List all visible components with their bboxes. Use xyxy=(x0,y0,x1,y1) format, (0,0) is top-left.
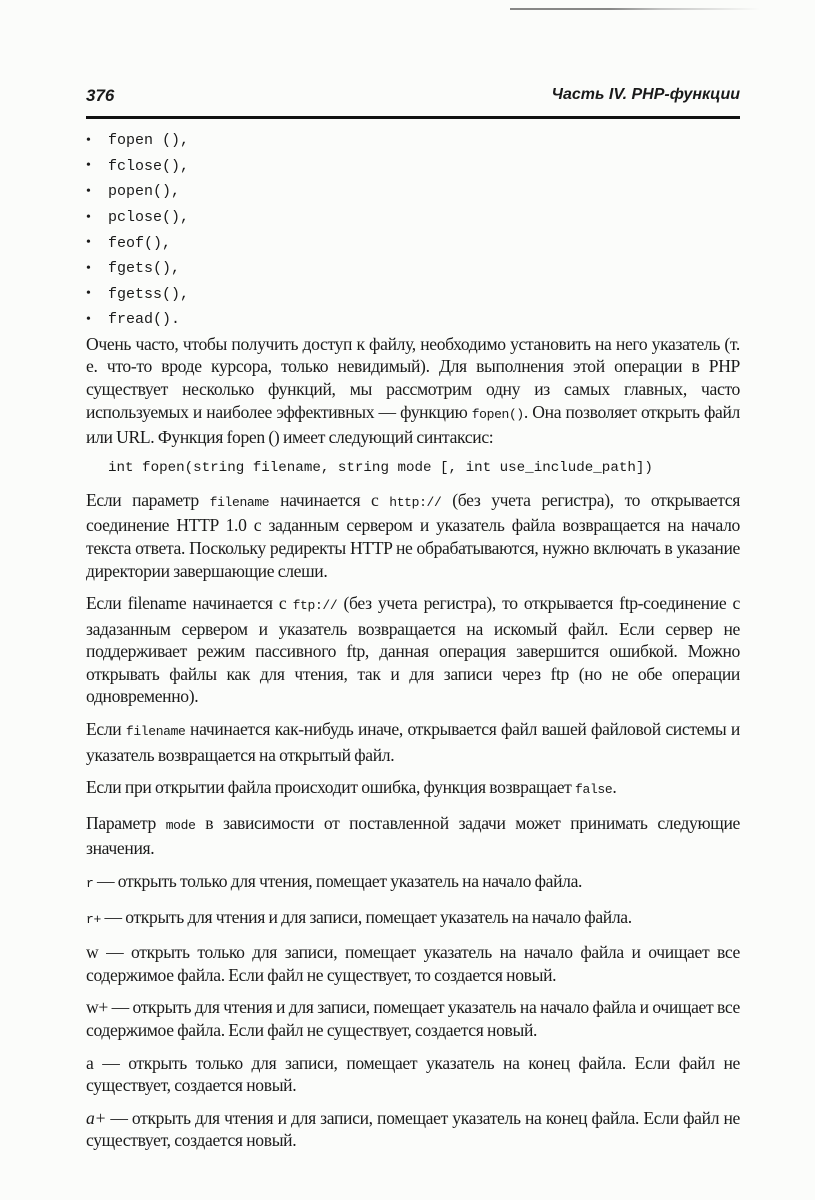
bullet-icon: • xyxy=(86,235,108,251)
function-list: •fopen (), •fclose(), •popen(), •pclose(… xyxy=(86,128,740,333)
mode-key: a+ xyxy=(86,1108,106,1128)
mode-r: r — открыть только для чтения, помещает … xyxy=(86,870,740,896)
error-paragraph: Если при открытии файла происходит ошибк… xyxy=(86,776,740,802)
list-item: •fclose(), xyxy=(86,154,740,180)
mode-a-plus: a+ — открыть для чтения и для записи, по… xyxy=(86,1107,740,1152)
list-item: •fopen (), xyxy=(86,128,740,154)
scan-artifact-line xyxy=(510,8,760,10)
other-paragraph: Если filename начинается как-нибудь инач… xyxy=(86,718,740,766)
mode-paragraph: Параметр mode в зависимости от поставлен… xyxy=(86,812,740,860)
list-item: •fgetss(), xyxy=(86,282,740,308)
list-item: •feof(), xyxy=(86,230,740,256)
bullet-icon: • xyxy=(86,133,108,149)
bullet-icon: • xyxy=(86,261,108,277)
page-body: •fopen (), •fclose(), •popen(), •pclose(… xyxy=(86,128,740,1162)
http-paragraph: Если параметр filename начинается с http… xyxy=(86,489,740,582)
mode-key: r+ xyxy=(86,912,101,927)
mode-w-plus: w+ — открыть для чтения и для записи, по… xyxy=(86,996,740,1041)
syntax-code: int fopen(string filename, string mode [… xyxy=(108,460,740,476)
mode-a: a — открыть только для записи, помещает … xyxy=(86,1052,740,1097)
mode-r-plus: r+ — открыть для чтения и для записи, по… xyxy=(86,906,740,932)
mode-w: w — открыть только для записи, помещает … xyxy=(86,941,740,986)
inline-code: fopen() xyxy=(472,407,524,422)
part-title: Часть IV. PHP-функции xyxy=(552,86,740,104)
bullet-icon: • xyxy=(86,210,108,226)
mode-key: w+ xyxy=(86,997,108,1017)
list-item: •fgets(), xyxy=(86,256,740,282)
ftp-paragraph: Если filename начинается с ftp:// (без у… xyxy=(86,592,740,708)
list-item: •popen(), xyxy=(86,179,740,205)
bullet-icon: • xyxy=(86,312,108,328)
intro-paragraph: Очень часто, чтобы получить доступ к фай… xyxy=(86,333,740,449)
list-item: •fread(). xyxy=(86,307,740,333)
page-number: 376 xyxy=(86,86,114,106)
page-header: 376 Часть IV. PHP-функции xyxy=(86,86,740,119)
bullet-icon: • xyxy=(86,158,108,174)
list-item: •pclose(), xyxy=(86,205,740,231)
bullet-icon: • xyxy=(86,184,108,200)
mode-key: w xyxy=(86,942,98,962)
bullet-icon: • xyxy=(86,286,108,302)
